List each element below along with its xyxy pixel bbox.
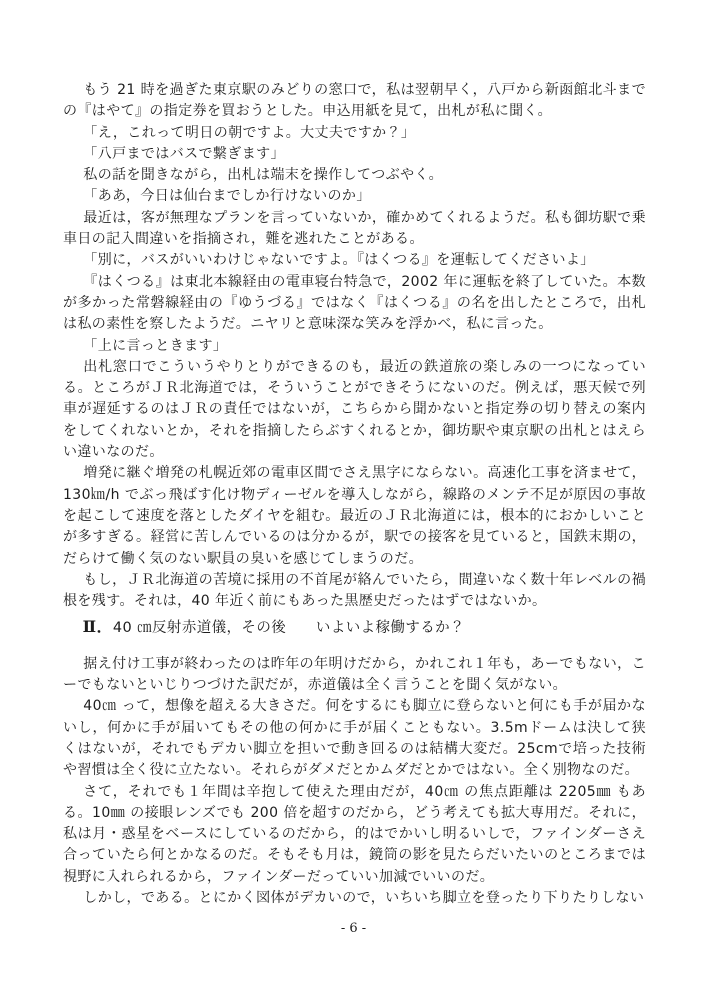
paragraph: 「別に，バスがいいわけじゃないですよ。『はくつる』を運転してくださいよ」 — [63, 250, 646, 271]
paragraph: 「上に言っときます」 — [63, 336, 646, 357]
paragraph: 『はくつる』は東北本線経由の電車寝台特急で，2002 年に運転を終了していた。本… — [63, 272, 646, 336]
paragraph: さて，それでも１年間は辛抱して使えた理由だが，40㎝ の焦点距離は 2205㎜ … — [63, 782, 646, 888]
paragraph: もし，ＪＲ北海道の苦境に採用の不首尾が絡んでいたら，間違いなく数十年レベルの禍根… — [63, 570, 646, 613]
paragraph: 「八戸まではバスで繋ぎます」 — [63, 144, 646, 165]
paragraph: 「え，これって明日の朝ですよ。大丈夫ですか？」 — [63, 123, 646, 144]
document-body: もう 21 時を過ぎた東京駅のみどりの窓口で，私は翌朝早く，八戸から新函館北斗ま… — [63, 80, 646, 909]
section-heading-text: 40 ㎝反射赤道儀，その後 いよいよ稼働するか？ — [113, 620, 465, 636]
paragraph: 最近は，客が無理なプランを言っていないか，確かめてくれるようだ。私も御坊駅で乗車… — [63, 208, 646, 251]
paragraph: 40㎝ って，想像を超える大きさだ。何をするにも脚立に登らないと何にも手が届かな… — [63, 696, 646, 781]
paragraph: もう 21 時を過ぎた東京駅のみどりの窓口で，私は翌朝早く，八戸から新函館北斗ま… — [63, 80, 646, 123]
paragraph: しかし，である。とにかく図体がデカいので，いちいち脚立を登ったり下りたりしない — [63, 888, 646, 909]
paragraph: 出札窓口でこういうやりとりができるのも，最近の鉄道旅の楽しみの一つになっている。… — [63, 357, 646, 463]
section-heading: Ⅱ．40 ㎝反射赤道儀，その後 いよいよ稼働するか？ — [63, 616, 646, 639]
paragraph: 据え付け工事が終わったのは昨年の年明けだから，かれこれ１年も，あーでもない，こー… — [63, 654, 646, 697]
paragraph: 私の話を聞きながら，出札は端末を操作してつぶやく。 — [63, 165, 646, 186]
page-number: - 6 - — [0, 921, 707, 936]
paragraph: 「ああ，今日は仙台までしか行けないのか」 — [63, 186, 646, 207]
paragraph: 増発に継ぐ増発の札幌近郊の電車区間でさえ黒字にならない。高速化工事を済ませて，1… — [63, 463, 646, 569]
section-numeral: Ⅱ． — [83, 617, 113, 636]
document-page: もう 21 時を過ぎた東京駅のみどりの窓口で，私は翌朝早く，八戸から新函館北斗ま… — [0, 0, 707, 1000]
